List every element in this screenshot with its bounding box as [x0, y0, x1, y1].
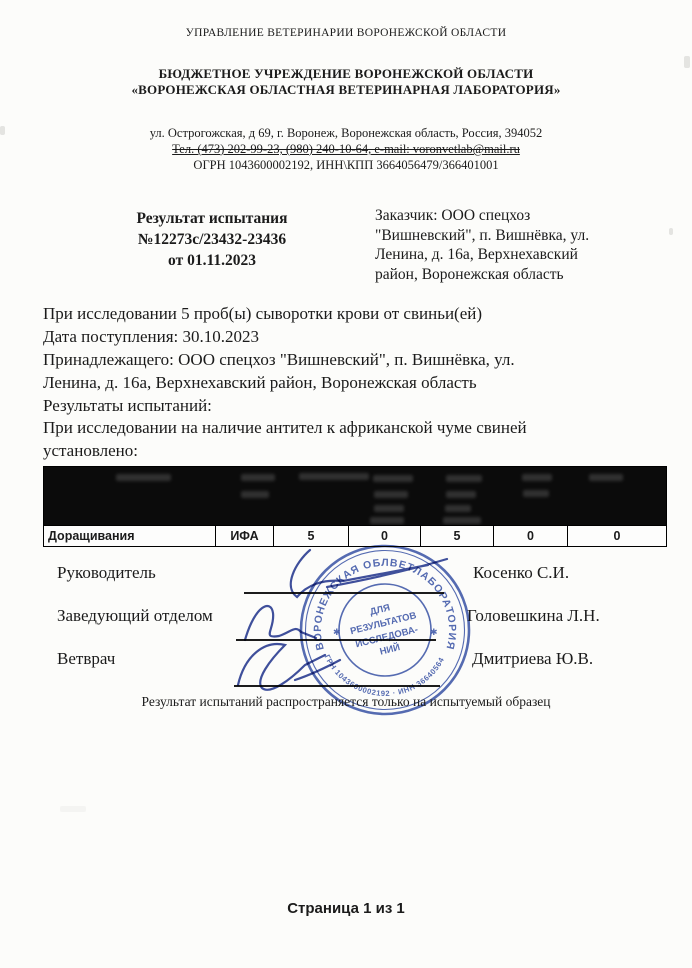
result-number: №12273с/23432-23436: [78, 229, 346, 250]
round-laboratory-stamp: ВОРОНЕЖСКАЯ ОБЛВЕТЛАБОРАТОРИЯ ОГРН 10436…: [297, 542, 473, 718]
footer-disclaimer: Результат испытаний распространяется тол…: [0, 694, 692, 710]
result-title: Результат испытания: [78, 208, 346, 229]
organization-name-line2: «ВОРОНЕЖСКАЯ ОБЛАСТНАЯ ВЕТЕРИНАРНАЯ ЛАБО…: [0, 82, 692, 98]
page-number: Страница 1 из 1: [0, 900, 692, 917]
body-line: установлено:: [43, 440, 673, 463]
scan-artifact: [684, 56, 690, 68]
scan-artifact: [60, 806, 86, 812]
customer-line: "Вишневский", п. Вишнёвка, ул.: [375, 226, 667, 246]
stamp-separator-star: ✱: [333, 627, 341, 637]
organization-address: ул. Острогожская, д 69, г. Воронеж, Воро…: [0, 126, 692, 141]
authority-title: УПРАВЛЕНИЕ ВЕТЕРИНАРИИ ВОРОНЕЖСКОЙ ОБЛАС…: [0, 27, 692, 39]
body-paragraph-2: При исследовании на наличие антител к аф…: [43, 417, 673, 463]
stamp-separator-star: ✱: [430, 627, 438, 637]
signature-name-veterinarian: Дмитриева Ю.В.: [472, 649, 593, 669]
organization-name-line1: БЮДЖЕТНОЕ УЧРЕЖДЕНИЕ ВОРОНЕЖСКОЙ ОБЛАСТИ: [0, 66, 692, 82]
signature-title-head-of-department: Заведующий отделом: [57, 606, 213, 626]
stamp-center-line: ДЛЯ: [369, 602, 391, 618]
customer-line: Заказчик: ООО спецхоз: [375, 206, 667, 226]
body-paragraph-1: При исследовании 5 проб(ы) сыворотки кро…: [43, 303, 673, 418]
body-line: При исследовании 5 проб(ы) сыворотки кро…: [43, 303, 673, 326]
customer-line: Ленина, д. 16а, Верхнехавский: [375, 245, 667, 265]
customer-block: Заказчик: ООО спецхоз "Вишневский", п. В…: [375, 206, 667, 285]
body-line: Принадлежащего: ООО спецхоз "Вишневский"…: [43, 349, 673, 372]
body-line: Дата поступления: 30.10.2023: [43, 326, 673, 349]
body-line: Результаты испытаний:: [43, 395, 673, 418]
customer-line: район, Воронежская область: [375, 265, 667, 285]
table-cell-period: Доращивания: [44, 526, 216, 546]
scan-artifact: [669, 228, 673, 235]
organization-phone-email-struck: Тел. (473) 202-99-23, (980) 240-10-64, e…: [0, 142, 692, 157]
body-line: Ленина, д. 16а, Верхнехавский район, Вор…: [43, 372, 673, 395]
signature-title-veterinarian: Ветврач: [57, 649, 115, 669]
signature-name-head-of-department: Головешкина Л.Н.: [467, 606, 600, 626]
scanned-lab-report-page: УПРАВЛЕНИЕ ВЕТЕРИНАРИИ ВОРОНЕЖСКОЙ ОБЛАС…: [0, 0, 692, 968]
organization-registration-numbers: ОГРН 1043600002192, ИНН\КПП 3664056479/3…: [0, 158, 692, 173]
results-table-header-redacted: [44, 467, 666, 525]
table-cell-value: 0: [494, 526, 568, 546]
result-title-block: Результат испытания №12273с/23432-23436 …: [78, 208, 346, 271]
signature-name-director: Косенко С.И.: [473, 563, 569, 583]
signature-title-director: Руководитель: [57, 563, 156, 583]
table-cell-value: 0: [568, 526, 666, 546]
result-date: от 01.11.2023: [78, 250, 346, 271]
body-line: При исследовании на наличие антител к аф…: [43, 417, 673, 440]
scan-artifact: [0, 126, 5, 135]
